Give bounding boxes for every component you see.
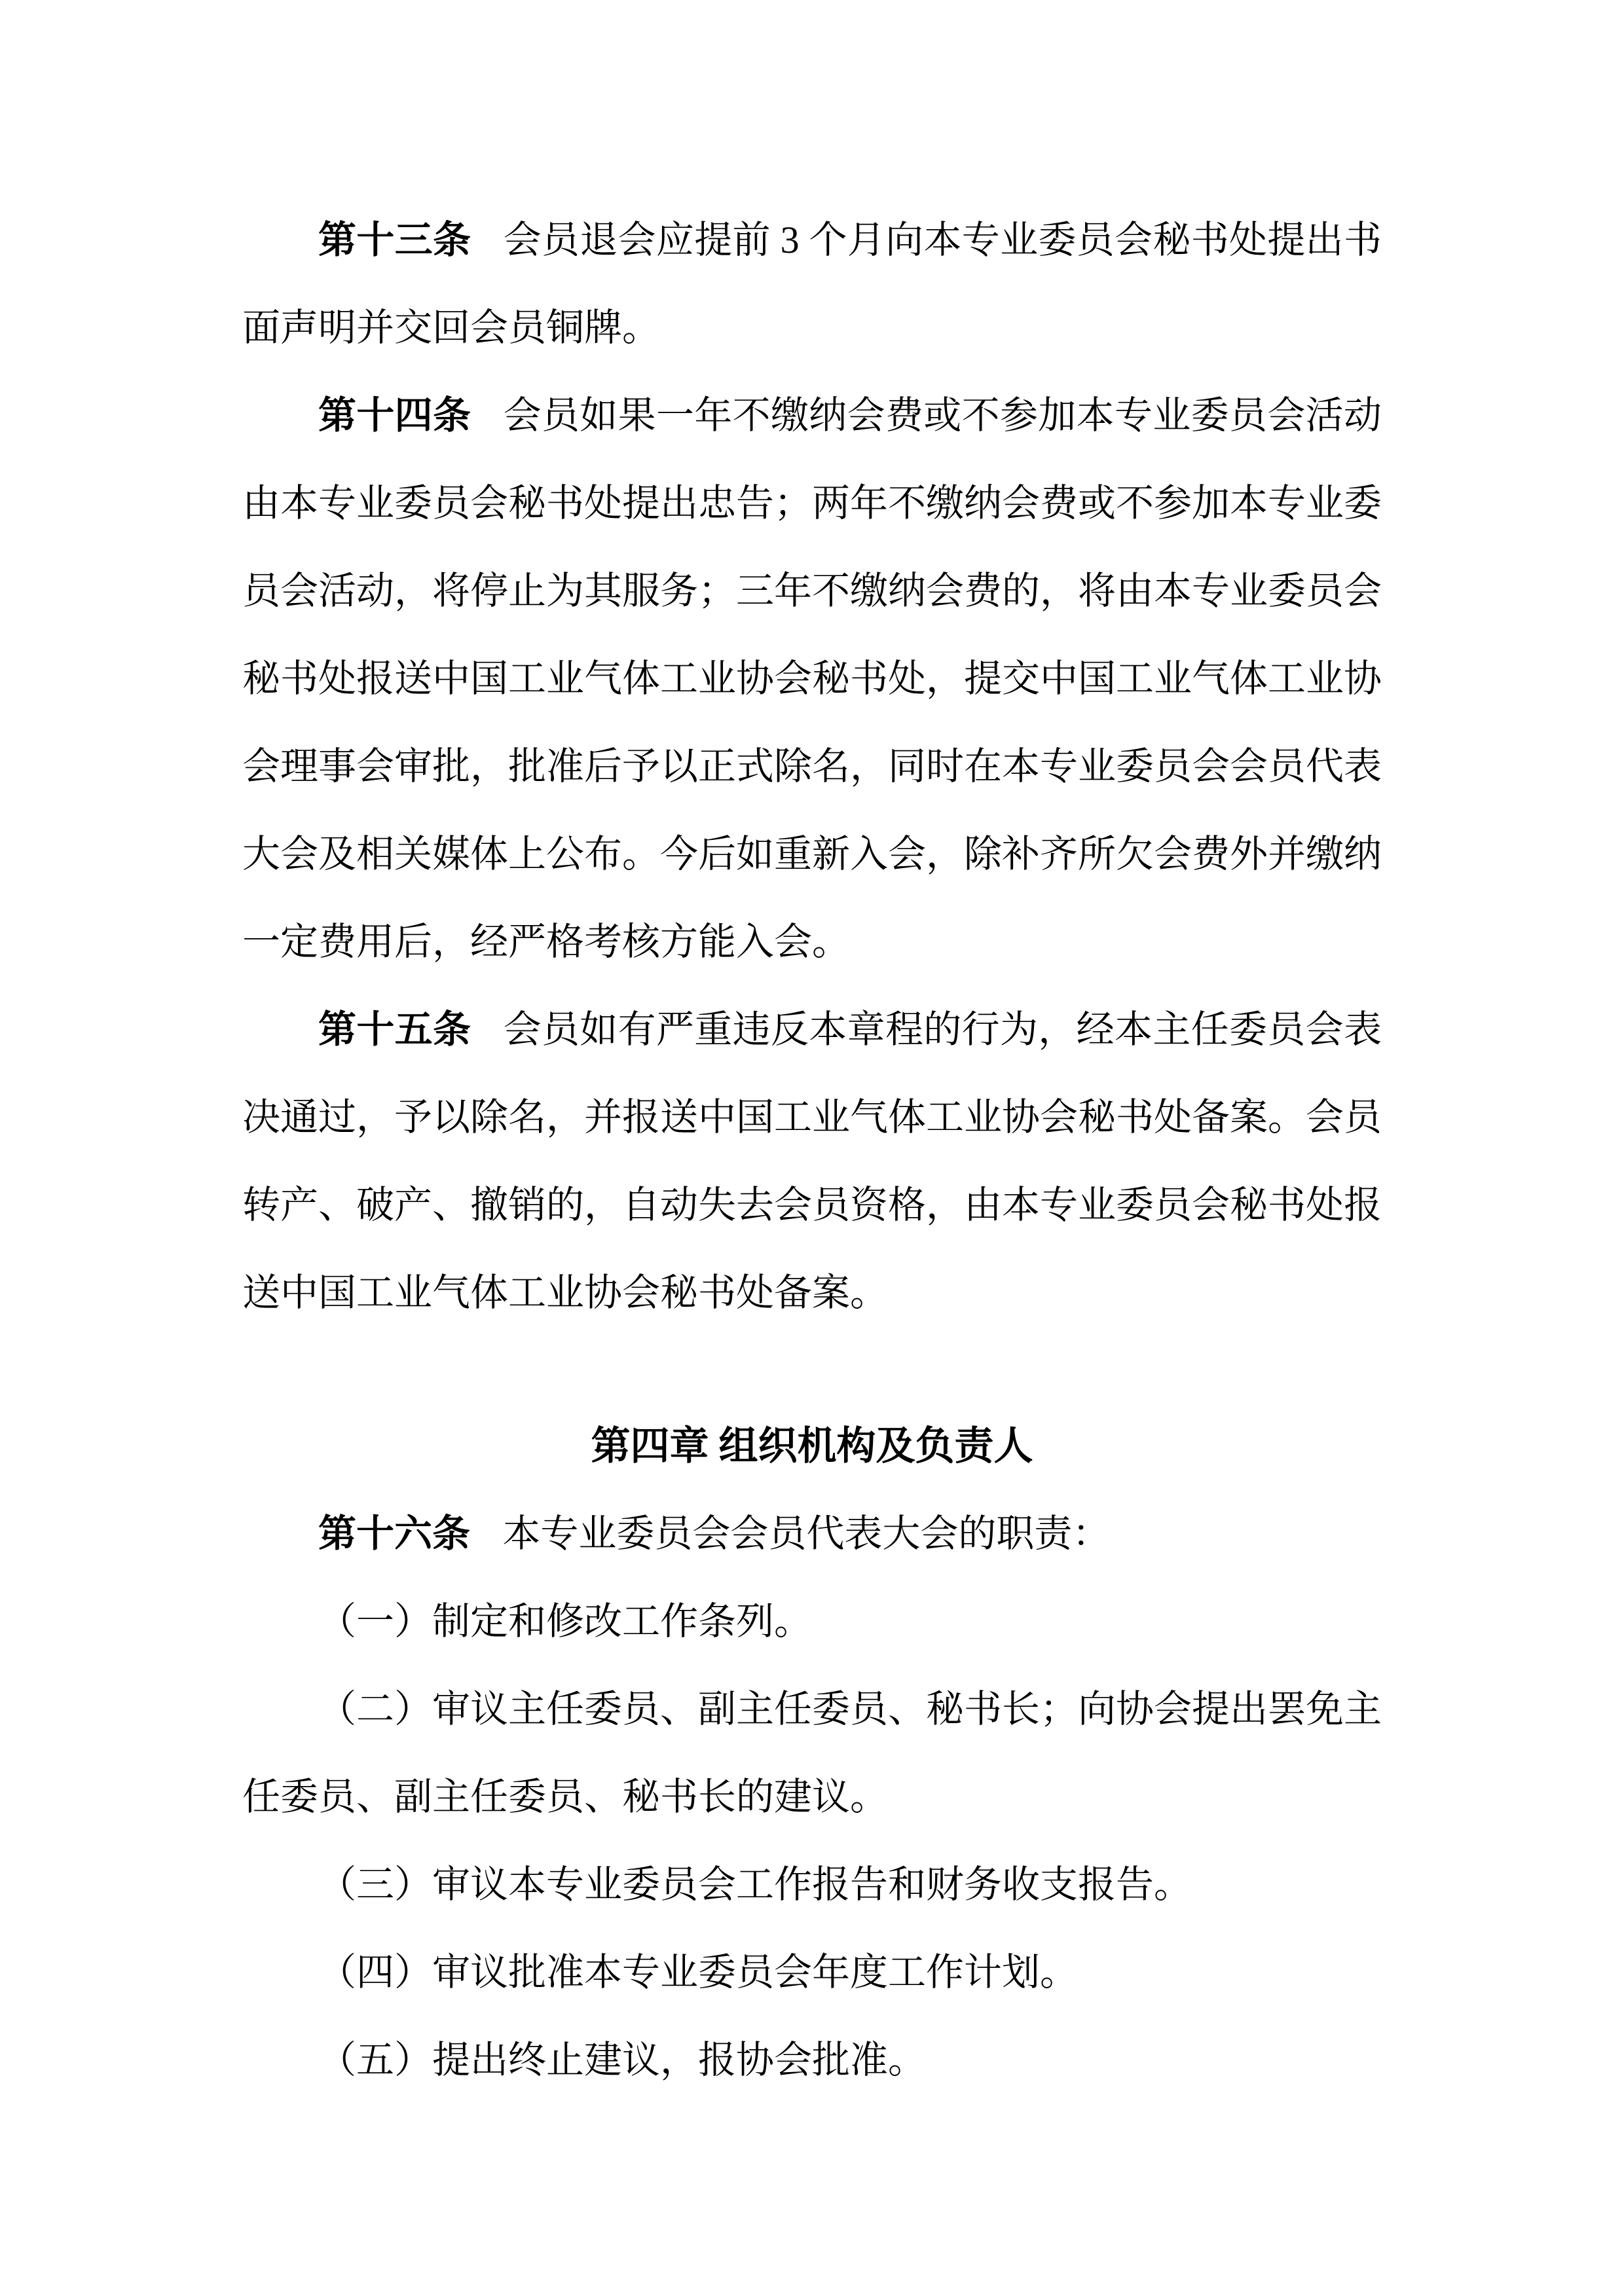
article-16-number: 第十六条 [318, 1512, 470, 1555]
article-13-paragraph: 第十三条会员退会应提前 3 个月向本专业委员会秘书处提出书面声明并交回会员铜牌。 [242, 196, 1382, 372]
article-16-text: 本专业委员会会员代表大会的职责： [502, 1512, 1110, 1555]
article-15-text: 会员如有严重违反本章程的行为，经本主任委员会表决通过，予以除名，并报送中国工业气… [242, 1008, 1382, 1314]
duty-item-2: （二）审议主任委员、副主任委员、秘书长；向协会提出罢免主任委员、副主任委员、秘书… [242, 1666, 1382, 1841]
article-15-paragraph: 第十五条会员如有严重违反本章程的行为，经本主任委员会表决通过，予以除名，并报送中… [242, 986, 1382, 1337]
article-13-number: 第十三条 [318, 219, 471, 261]
document-page: 第十三条会员退会应提前 3 个月向本专业委员会秘书处提出书面声明并交回会员铜牌。… [0, 0, 1624, 2296]
article-15-number: 第十五条 [318, 1008, 471, 1051]
duty-item-1: （一）制定和修改工作条列。 [242, 1578, 1382, 1666]
duty-item-4: （四）审议批准本专业委员会年度工作计划。 [242, 1929, 1382, 2016]
duty-item-5: （五）提出终止建议，报协会批准。 [242, 2016, 1382, 2104]
article-14-text: 会员如果一年不缴纳会费或不参加本专业委员会活动由本专业委员会秘书处提出忠告；两年… [242, 394, 1382, 963]
article-14-number: 第十四条 [318, 394, 471, 437]
article-16-paragraph: 第十六条本专业委员会会员代表大会的职责： [242, 1490, 1382, 1578]
duty-item-3: （三）审议本专业委员会工作报告和财务收支报告。 [242, 1841, 1382, 1929]
article-14-paragraph: 第十四条会员如果一年不缴纳会费或不参加本专业委员会活动由本专业委员会秘书处提出忠… [242, 372, 1382, 986]
chapter-4-heading: 第四章 组织机构及负责人 [242, 1402, 1382, 1490]
